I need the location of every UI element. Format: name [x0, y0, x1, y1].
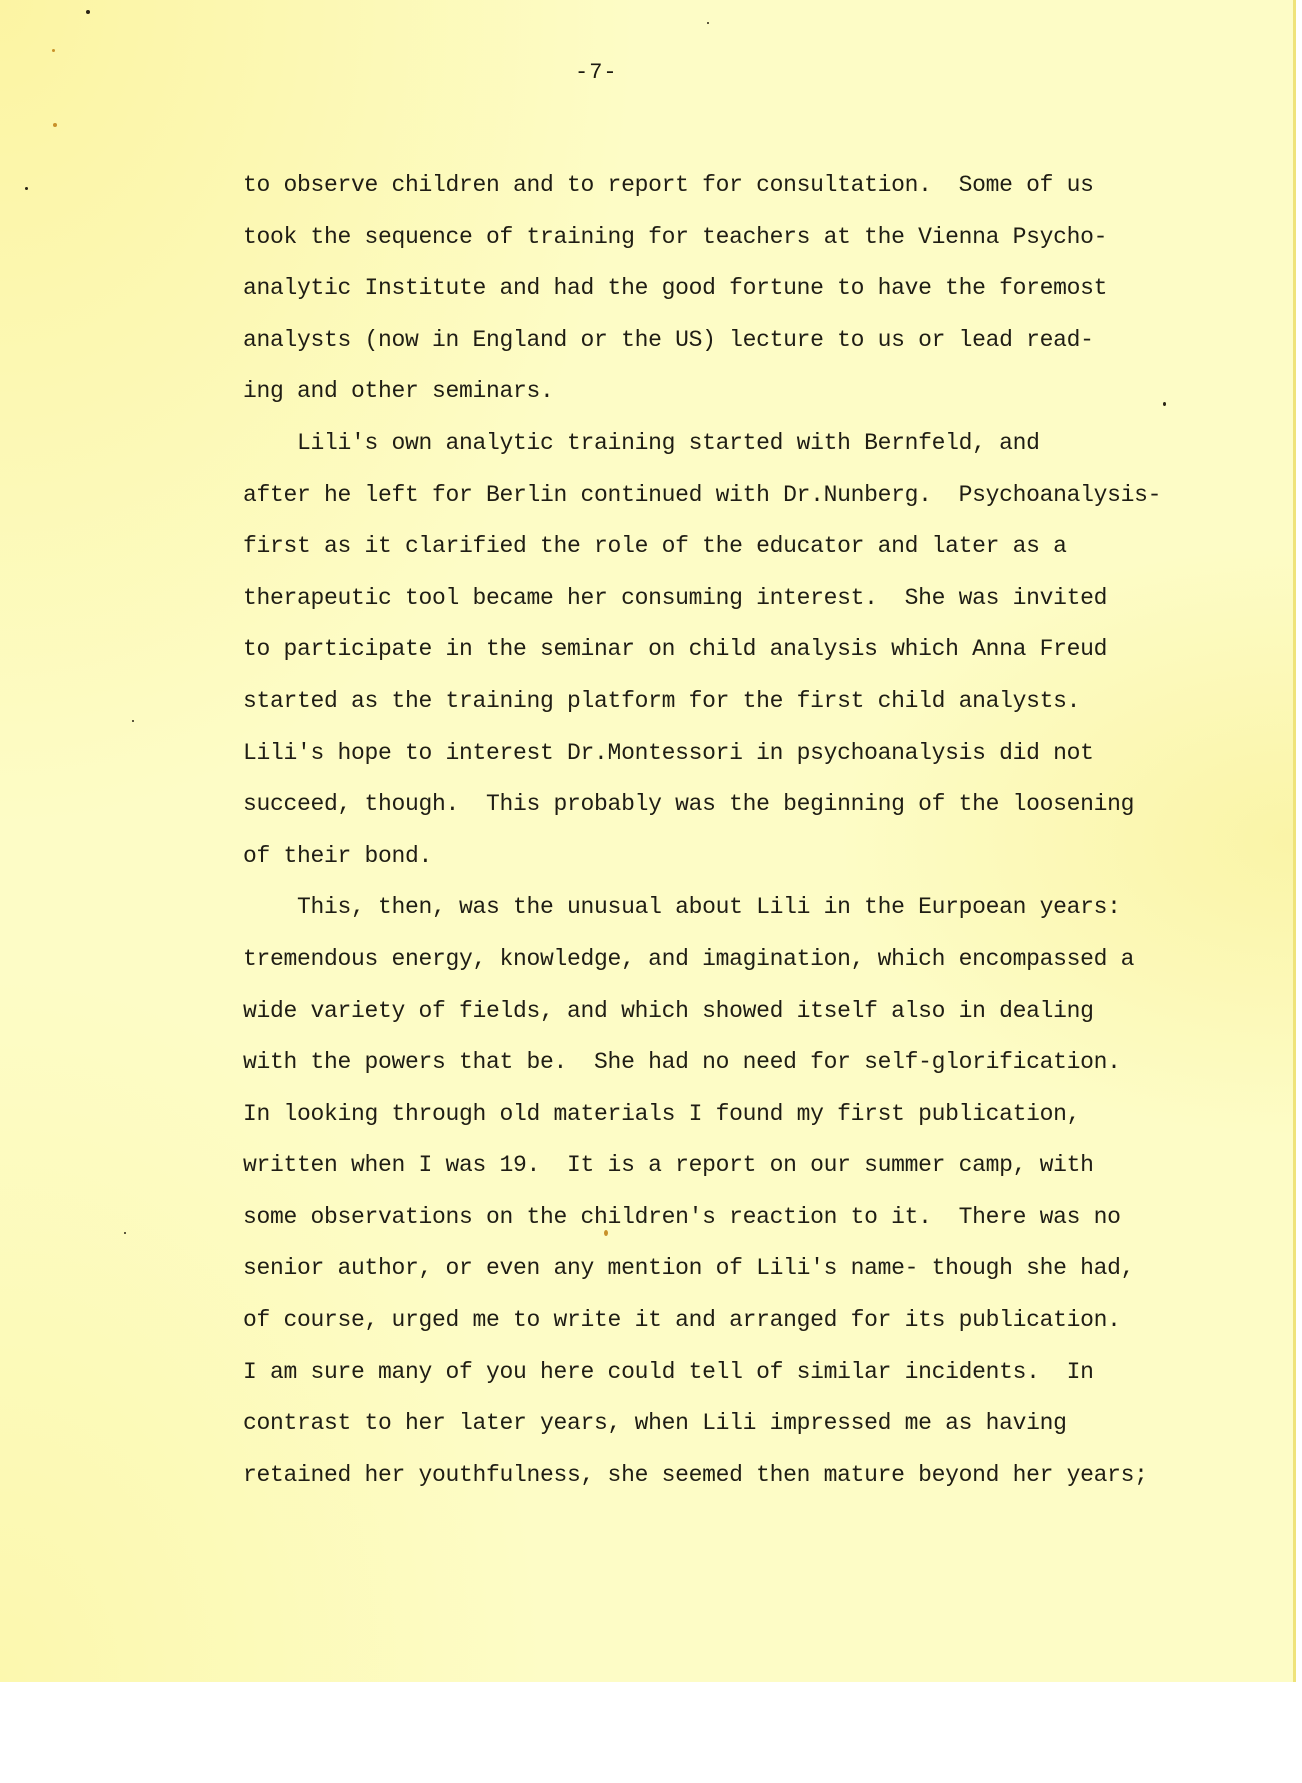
scan-margin — [0, 1682, 1302, 1783]
text-line: tremendous energy, knowledge, and imagin… — [243, 934, 1253, 986]
ink-speck — [707, 22, 709, 24]
page-number: -7- — [575, 60, 618, 85]
ink-speck — [124, 1232, 126, 1234]
text-line: analysts (now in England or the US) lect… — [243, 315, 1253, 367]
text-line: This, then, was the unusual about Lili i… — [243, 882, 1253, 934]
ink-speck — [52, 49, 55, 52]
text-line: after he left for Berlin continued with … — [243, 470, 1253, 522]
text-line: In looking through old materials I found… — [243, 1089, 1253, 1141]
text-line: started as the training platform for the… — [243, 676, 1253, 728]
ink-speck — [86, 10, 90, 14]
text-line: succeed, though. This probably was the b… — [243, 779, 1253, 831]
body-text: to observe children and to report for co… — [243, 160, 1253, 1501]
ink-speck — [25, 187, 28, 190]
ink-speck — [132, 720, 134, 722]
text-line: Lili's own analytic training started wit… — [243, 418, 1253, 470]
text-line: retained her youthfulness, she seemed th… — [243, 1450, 1253, 1502]
text-line: of their bond. — [243, 831, 1253, 883]
text-line: some observations on the children's reac… — [243, 1192, 1253, 1244]
text-line: contrast to her later years, when Lili i… — [243, 1398, 1253, 1450]
text-line: of course, urged me to write it and arra… — [243, 1295, 1253, 1347]
text-line: to participate in the seminar on child a… — [243, 624, 1253, 676]
text-line: written when I was 19. It is a report on… — [243, 1140, 1253, 1192]
text-line: therapeutic tool became her consuming in… — [243, 573, 1253, 625]
text-line: took the sequence of training for teache… — [243, 212, 1253, 264]
text-line: analytic Institute and had the good fort… — [243, 263, 1253, 315]
text-line: to observe children and to report for co… — [243, 160, 1253, 212]
text-line: I am sure many of you here could tell of… — [243, 1347, 1253, 1399]
text-line: with the powers that be. She had no need… — [243, 1037, 1253, 1089]
text-line: first as it clarified the role of the ed… — [243, 521, 1253, 573]
text-line: ing and other seminars. — [243, 366, 1253, 418]
text-line: Lili's hope to interest Dr.Montessori in… — [243, 728, 1253, 780]
text-line: senior author, or even any mention of Li… — [243, 1243, 1253, 1295]
ink-speck — [53, 123, 57, 127]
document-page: -7- to observe children and to report fo… — [0, 0, 1296, 1682]
text-line: wide variety of fields, and which showed… — [243, 986, 1253, 1038]
